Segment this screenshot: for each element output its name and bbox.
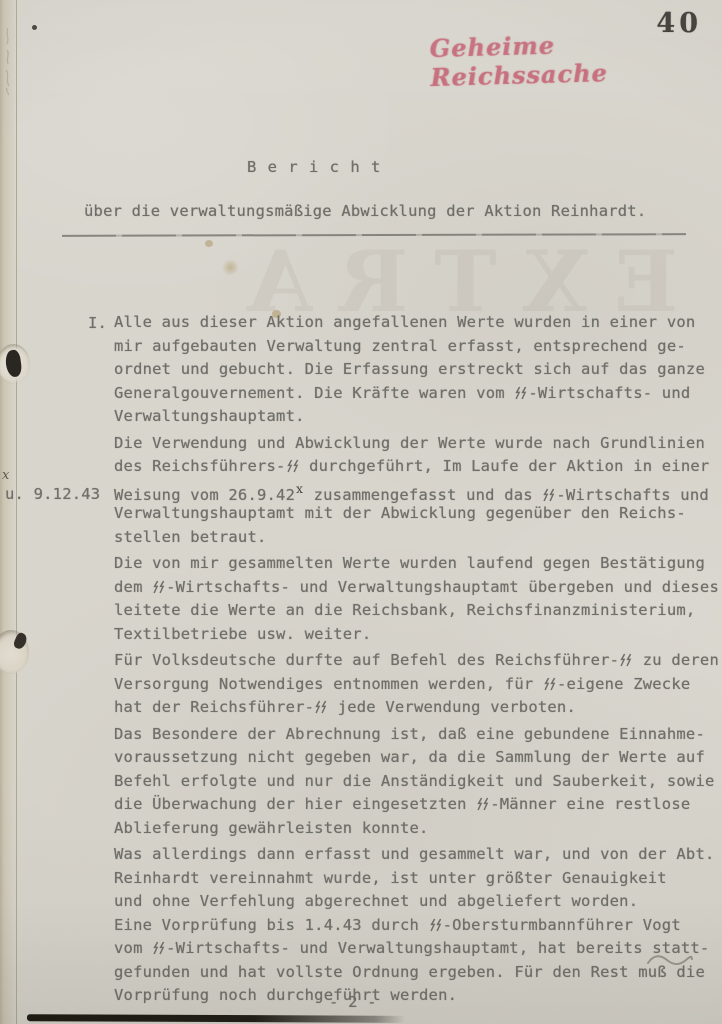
ss-runes-icon <box>515 386 527 400</box>
punch-hole-shadow <box>12 631 29 650</box>
secrecy-stamp: Geheime Reichssache <box>429 26 722 92</box>
typed-line: Ablieferung gewährleisten konnte. <box>114 817 713 841</box>
ss-runes-icon <box>430 918 442 932</box>
page-number: - 2 - <box>329 993 377 1011</box>
typed-line: Versorgung Notwendiges entnommen werden,… <box>114 673 713 697</box>
punch-hole-icon <box>0 344 30 384</box>
body-paragraph: Was allerdings dann erfasst und gesammel… <box>114 843 713 1008</box>
ink-dot <box>32 25 37 30</box>
section-number: I. <box>88 314 107 332</box>
margin-date-note: u. 9.12.43 <box>5 485 100 503</box>
typed-line: ordnet und gebucht. Die Erfassung erstre… <box>114 358 713 382</box>
report-body: I. Alle aus dieser Aktion angefallenen W… <box>88 311 713 1011</box>
typed-line: Alle aus dieser Aktion angefallenen Wert… <box>114 311 713 335</box>
typed-line: Textilbetriebe usw. weiter. <box>114 623 713 647</box>
typed-line: Weisung vom 26.9.42x zusammengefasst und… <box>114 479 713 503</box>
pencil-squiggle-mark <box>646 950 694 970</box>
typed-line: Befehl erfolgte und nur die Anständigkei… <box>114 770 713 794</box>
typed-line: stellen betraut. <box>114 526 713 550</box>
ss-runes-icon <box>153 941 165 955</box>
document-subtitle: über die verwaltungsmäßige Abwicklung de… <box>84 202 646 220</box>
typed-line: mir aufgebauten Verwaltung zentral erfas… <box>114 335 713 359</box>
body-paragraph: Die Verwendung und Abwicklung der Werte … <box>114 432 713 550</box>
ss-runes-icon <box>620 653 632 667</box>
typed-line: Vorprüfung noch durchgeführt werden. <box>114 984 713 1008</box>
ss-runes-icon <box>544 677 556 691</box>
ss-runes-icon <box>153 580 165 594</box>
typed-line: leitete die Werte an die Reichsbank, Rei… <box>114 599 713 623</box>
ss-runes-icon <box>543 488 555 502</box>
body-paragraph: Das Besondere der Abrechnung ist, daß ei… <box>114 723 713 841</box>
typed-line: Für Volksdeutsche durfte auf Befehl des … <box>114 649 713 673</box>
typed-line: Die von mir gesammelten Werte wurden lau… <box>114 552 713 576</box>
paragraph-container: Alle aus dieser Aktion angefallenen Wert… <box>88 311 713 1008</box>
page-left-edge <box>0 0 17 1024</box>
document-page: 40 Geheime Reichssache B e r i c h t übe… <box>0 0 722 1024</box>
body-paragraph: Die von mir gesammelten Werte wurden lau… <box>114 552 713 646</box>
punch-hole-icon <box>0 630 29 674</box>
punch-hole-shadow <box>4 349 23 378</box>
typed-line: Das Besondere der Abrechnung ist, daß ei… <box>114 723 713 747</box>
typed-line: Die Verwendung und Abwicklung der Werte … <box>114 432 713 456</box>
typed-line: Generalgouvernement. Die Kräfte waren vo… <box>114 382 713 406</box>
typed-line: und ohne Verfehlung abgerechnet und abge… <box>114 890 713 914</box>
typed-line: dem -Wirtschafts- und Verwaltungshauptam… <box>114 576 713 600</box>
typed-line: Verwaltungshauptamt mit der Abwicklung g… <box>114 502 713 526</box>
typed-line: Was allerdings dann erfasst und gesammel… <box>114 843 713 867</box>
typed-line: vom -Wirtschafts- und Verwaltungshauptam… <box>114 937 713 961</box>
typed-line: die Überwachung der hier eingesetzten -M… <box>114 793 713 817</box>
typed-line: hat der Reichsführer- jede Verwendung ve… <box>114 696 713 720</box>
body-paragraph: Alle aus dieser Aktion angefallenen Wert… <box>114 311 713 429</box>
edge-scribble-marks <box>2 26 16 96</box>
document-title: B e r i c h t <box>247 158 381 176</box>
body-paragraph: Für Volksdeutsche durfte auf Befehl des … <box>114 649 713 720</box>
typed-line: Eine Vorprüfung bis 1.4.43 durch -Oberst… <box>114 914 713 938</box>
paper-stain <box>205 240 213 247</box>
typed-line: gefunden und hat vollste Ordnung ergeben… <box>114 961 713 985</box>
handwritten-x-mark: x <box>2 468 9 483</box>
handwritten-x-mark: x <box>296 482 303 496</box>
photo-bottom-edge <box>27 1014 405 1023</box>
typed-line: Verwaltungshauptamt. <box>114 405 713 429</box>
typed-line: Reinhardt vereinnahmt wurde, ist unter g… <box>114 867 713 891</box>
subtitle-underline <box>62 233 686 237</box>
ss-runes-icon <box>287 459 299 473</box>
ss-runes-icon <box>477 797 489 811</box>
typed-line: des Reichsführers- durchgeführt, Im Lauf… <box>114 455 713 479</box>
paper-stain <box>221 260 240 275</box>
ss-runes-icon <box>315 700 327 714</box>
typed-line: voraussetzung nicht gegeben war, da die … <box>114 746 713 770</box>
